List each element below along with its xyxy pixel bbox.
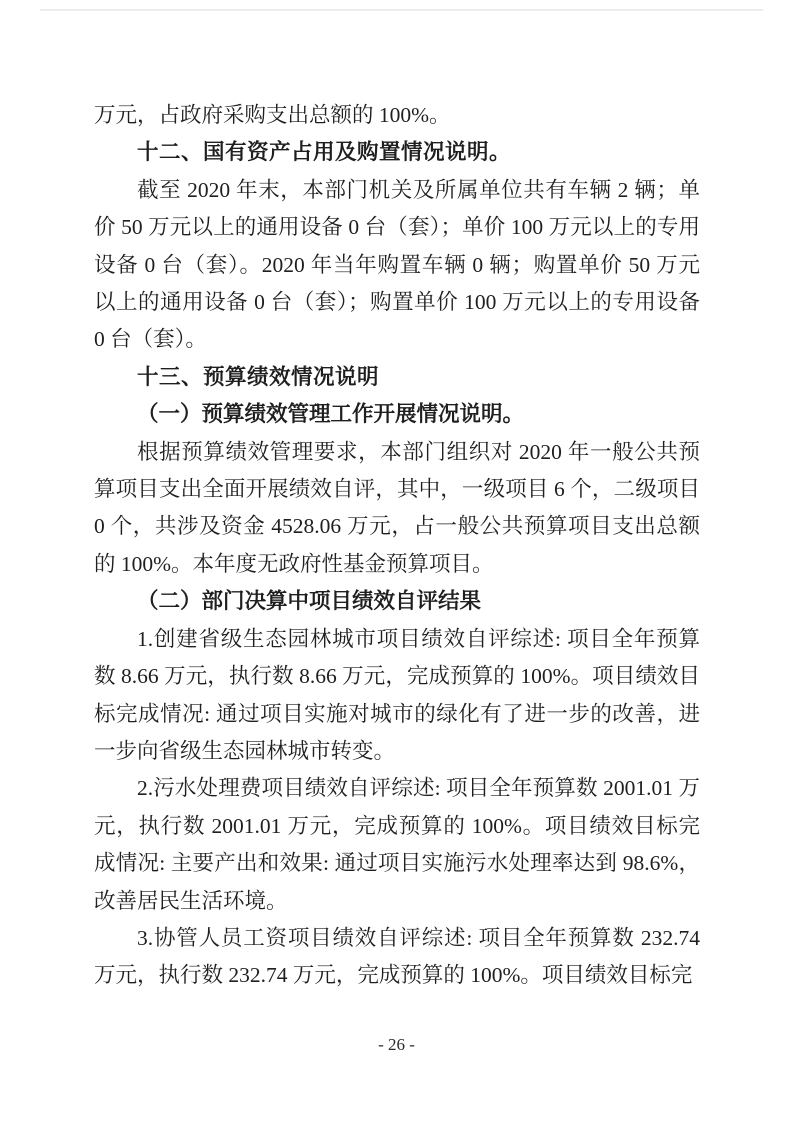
document-page: 万元，占政府采购支出总额的 100%。 十二、国有资产占用及购置情况说明。 截至…: [0, 0, 793, 1122]
paragraph-performance-overview: 根据预算绩效管理要求，本部门组织对 2020 年一般公共预算项目支出全面开展绩效…: [94, 434, 700, 584]
page-number: - 26 -: [0, 1032, 793, 1058]
heading-section-13-budget-performance: 十三、预算绩效情况说明: [94, 359, 700, 396]
heading-section-12-state-assets: 十二、国有资产占用及购置情况说明。: [94, 134, 700, 171]
scan-artifact-line: [40, 9, 763, 11]
paragraph-state-assets-detail: 截至 2020 年末，本部门机关及所属单位共有车辆 2 辆；单价 50 万元以上…: [94, 172, 700, 359]
heading-subsection-1-performance-management: （一）预算绩效管理工作开展情况说明。: [94, 396, 700, 433]
heading-subsection-2-self-evaluation-results: （二）部门决算中项目绩效自评结果: [94, 583, 700, 620]
paragraph-project-2-sewage-treatment: 2.污水处理费项目绩效自评综述: 项目全年预算数 2001.01 万元，执行数 …: [94, 770, 700, 920]
document-body: 万元，占政府采购支出总额的 100%。 十二、国有资产占用及购置情况说明。 截至…: [94, 97, 700, 995]
paragraph-project-3-staff-wages: 3.协管人员工资项目绩效自评综述: 项目全年预算数 232.74 万元，执行数 …: [94, 920, 700, 995]
paragraph-procurement-continuation: 万元，占政府采购支出总额的 100%。: [94, 97, 700, 134]
paragraph-project-1-garden-city: 1.创建省级生态园林城市项目绩效自评综述: 项目全年预算数 8.66 万元，执行…: [94, 621, 700, 771]
